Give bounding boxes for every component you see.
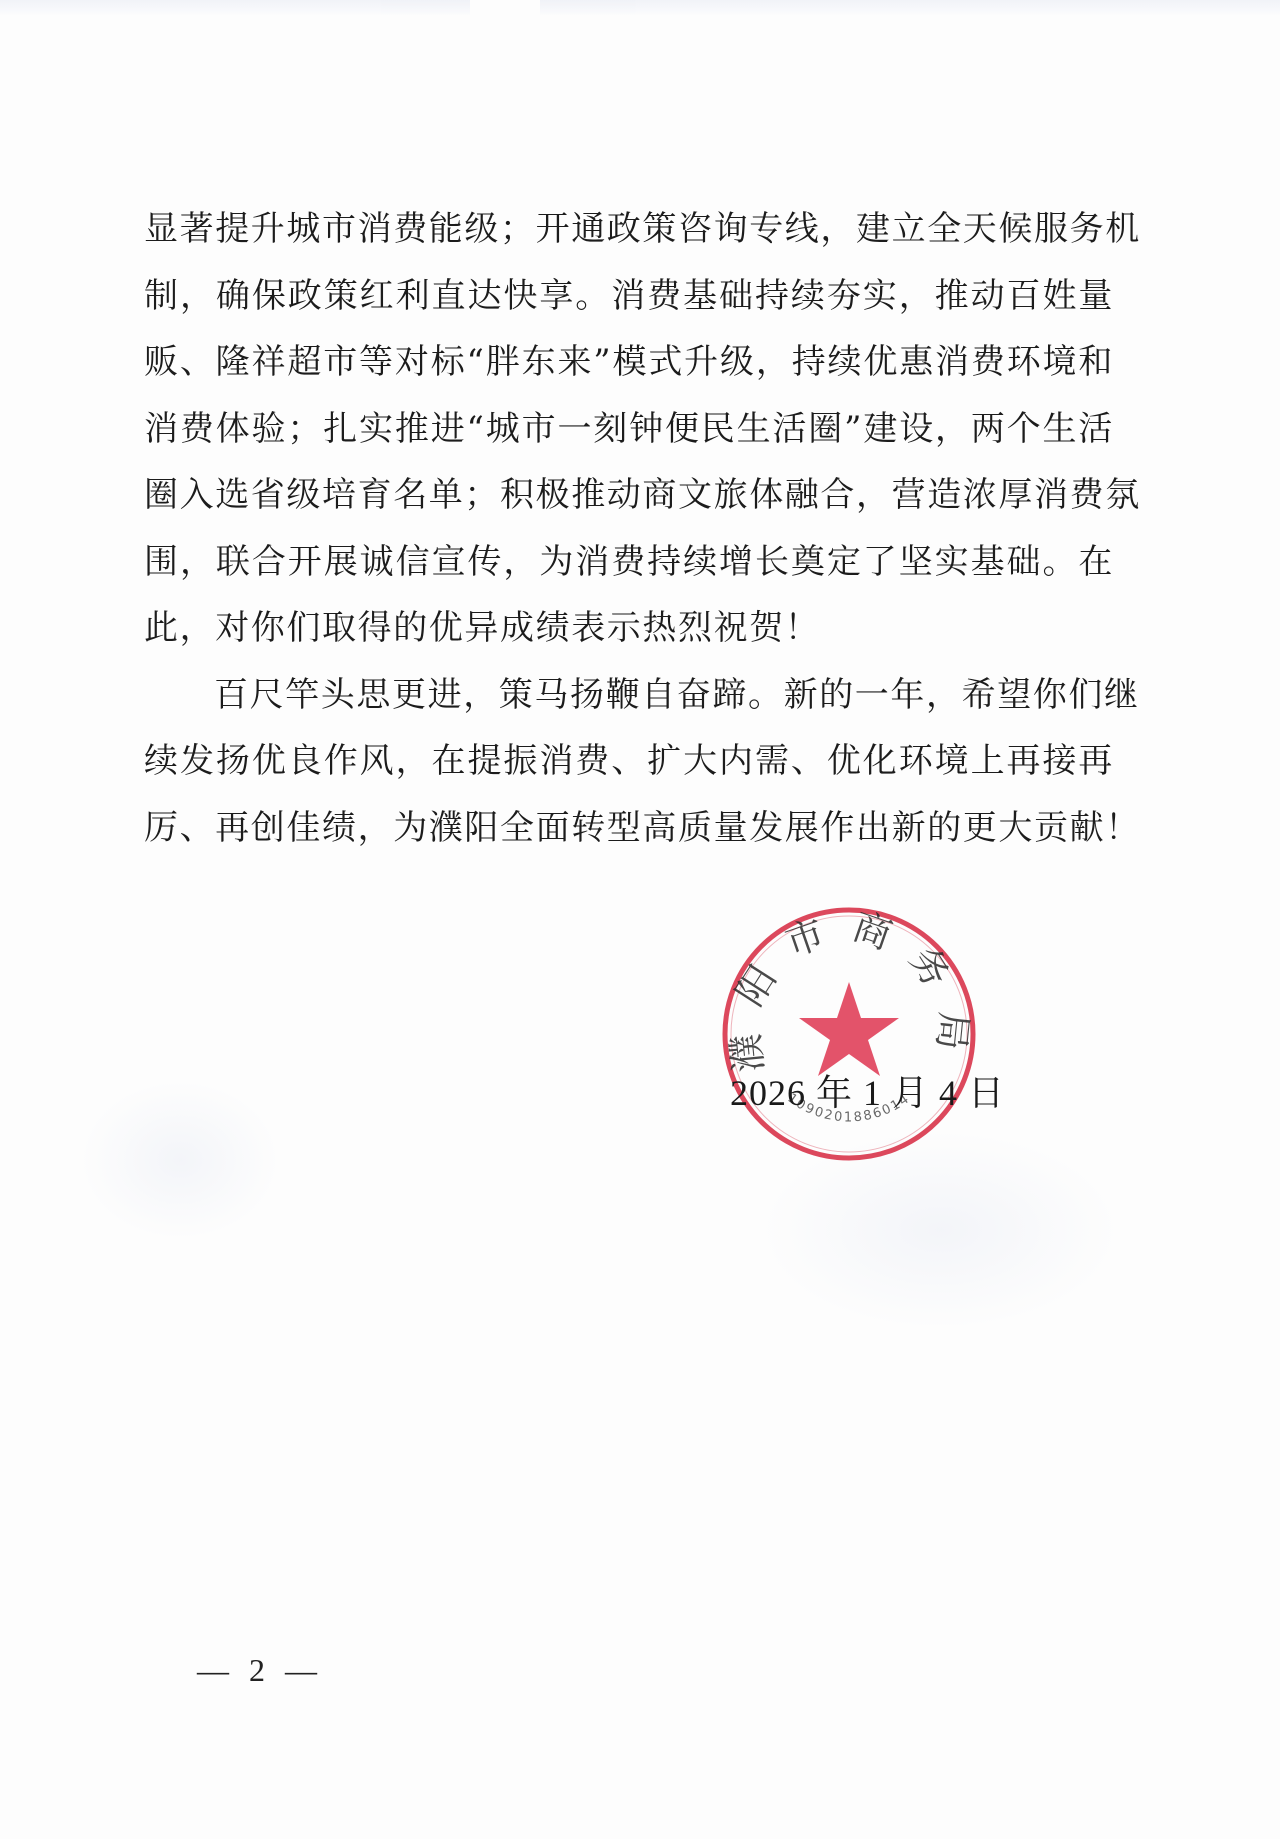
text-line: 圈入选省级培育名单；积极推动商文旅体融合，营造浓厚消费氛 <box>144 462 1114 529</box>
text-line: 显著提升城市消费能级；开通政策咨询专线，建立全天候服务机 <box>144 196 1114 263</box>
text-line: 百尺竿头思更进，策马扬鞭自奋蹄。新的一年，希望你们继 <box>144 662 1114 729</box>
scan-top-edge <box>0 0 1280 16</box>
text-line: 消费体验；扎实推进“城市一刻钟便民生活圈”建设，两个生活 <box>144 396 1114 463</box>
text-line: 制，确保政策红利直达快享。消费基础持续夯实，推动百姓量 <box>144 263 1114 330</box>
document-page: 显著提升城市消费能级；开通政策咨询专线，建立全天候服务机 制，确保政策红利直达快… <box>0 0 1280 1839</box>
text-line: 贩、隆祥超市等对标“胖东来”模式升级，持续优惠消费环境和 <box>144 329 1114 396</box>
text-line: 厉、再创佳绩，为濮阳全面转型高质量发展作出新的更大贡献！ <box>144 795 1114 862</box>
paragraph-2: 百尺竿头思更进，策马扬鞭自奋蹄。新的一年，希望你们继 续发扬优良作风，在提振消费… <box>144 662 1114 862</box>
letter-body: 显著提升城市消费能级；开通政策咨询专线，建立全天候服务机 制，确保政策红利直达快… <box>144 196 1114 861</box>
paragraph-1-continued: 显著提升城市消费能级；开通政策咨询专线，建立全天候服务机 制，确保政策红利直达快… <box>144 196 1114 662</box>
text-line: 围，联合开展诚信宣传，为消费持续增长奠定了坚实基础。在 <box>144 529 1114 596</box>
page-number: — 2 — <box>197 1652 323 1689</box>
star-icon <box>799 982 899 1076</box>
signature-date: 2026 年 1 月 4 日 <box>730 1065 1005 1116</box>
scan-smudge <box>80 1080 280 1240</box>
text-line: 此，对你们取得的优异成绩表示热烈祝贺！ <box>144 595 1114 662</box>
text-line: 续发扬优良作风，在提振消费、扩大内需、优化环境上再接再 <box>144 728 1114 795</box>
official-seal: 濮阳市商务局 1090201886014 <box>720 905 978 1163</box>
